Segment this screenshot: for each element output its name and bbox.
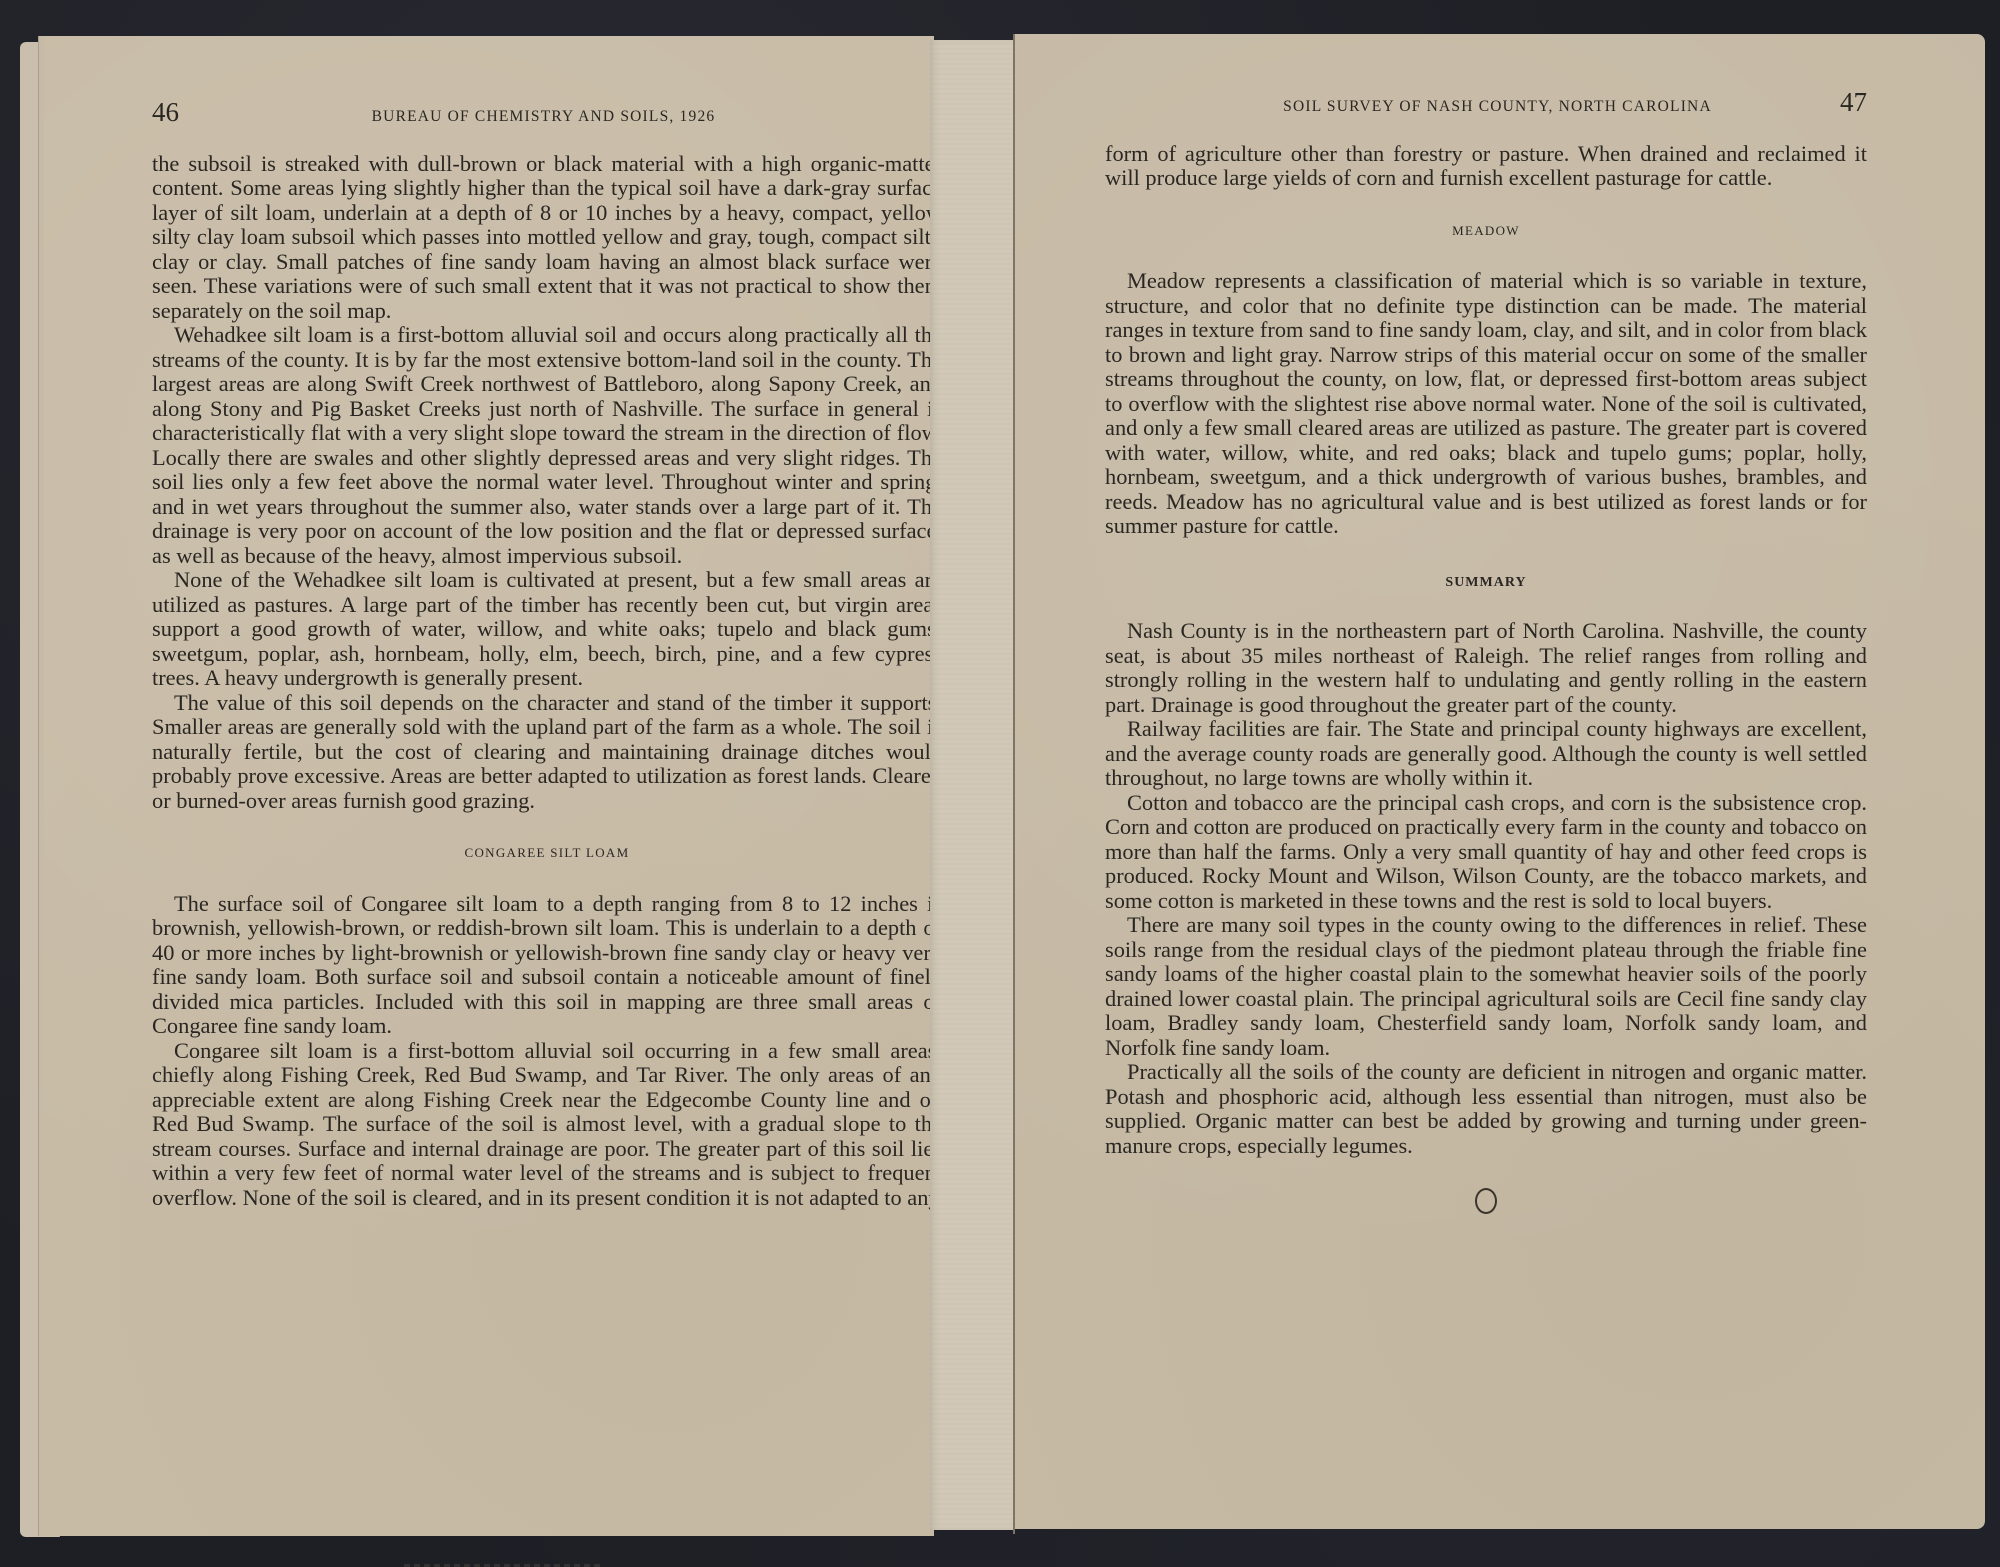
- paragraph: Railway facilities are fair. The State a…: [1105, 717, 1867, 791]
- section-heading-congaree: CONGAREE SILT LOAM: [152, 841, 942, 866]
- end-circle-icon: [1475, 1188, 1497, 1214]
- paragraph: Wehadkee silt loam is a first-bottom all…: [152, 323, 942, 568]
- section-heading-meadow: MEADOW: [1105, 219, 1867, 244]
- binding-tissue-strip: [930, 40, 1014, 1530]
- paragraph: The surface soil of Congaree silt loam t…: [152, 892, 942, 1039]
- paragraph: Meadow represents a classification of ma…: [1105, 269, 1867, 539]
- left-page-content: 46 BUREAU OF CHEMISTRY AND SOILS, 1926 t…: [152, 100, 942, 1210]
- paragraph: None of the Wehadkee silt loam is cultiv…: [152, 568, 942, 691]
- paragraph: Cotton and tobacco are the principal cas…: [1105, 791, 1867, 914]
- paragraph: The value of this soil depends on the ch…: [152, 691, 942, 814]
- right-page-content: SOIL SURVEY OF NASH COUNTY, NORTH CAROLI…: [1105, 90, 1867, 1214]
- paragraph: Congaree silt loam is a first-bottom all…: [152, 1039, 942, 1211]
- section-heading-summary: SUMMARY: [1105, 571, 1867, 596]
- running-head-title: SOIL SURVEY OF NASH COUNTY, NORTH CAROLI…: [1195, 95, 1800, 120]
- left-page: 46 BUREAU OF CHEMISTRY AND SOILS, 1926 t…: [44, 36, 934, 1536]
- paragraph: the subsoil is streaked with dull-brown …: [152, 152, 942, 324]
- paragraph: Nash County is in the northeastern part …: [1105, 619, 1867, 717]
- page-number: 47: [1840, 90, 1867, 115]
- page-number: 46: [152, 100, 179, 125]
- paragraph: form of agriculture other than forestry …: [1105, 142, 1867, 191]
- right-running-head: SOIL SURVEY OF NASH COUNTY, NORTH CAROLI…: [1105, 90, 1867, 120]
- paragraph: There are many soil types in the county …: [1105, 913, 1867, 1060]
- left-running-head: 46 BUREAU OF CHEMISTRY AND SOILS, 1926: [152, 100, 942, 130]
- running-head-title: BUREAU OF CHEMISTRY AND SOILS, 1926: [215, 105, 872, 130]
- paragraph: Practically all the soils of the county …: [1105, 1060, 1867, 1158]
- right-page: SOIL SURVEY OF NASH COUNTY, NORTH CAROLI…: [1015, 34, 1985, 1529]
